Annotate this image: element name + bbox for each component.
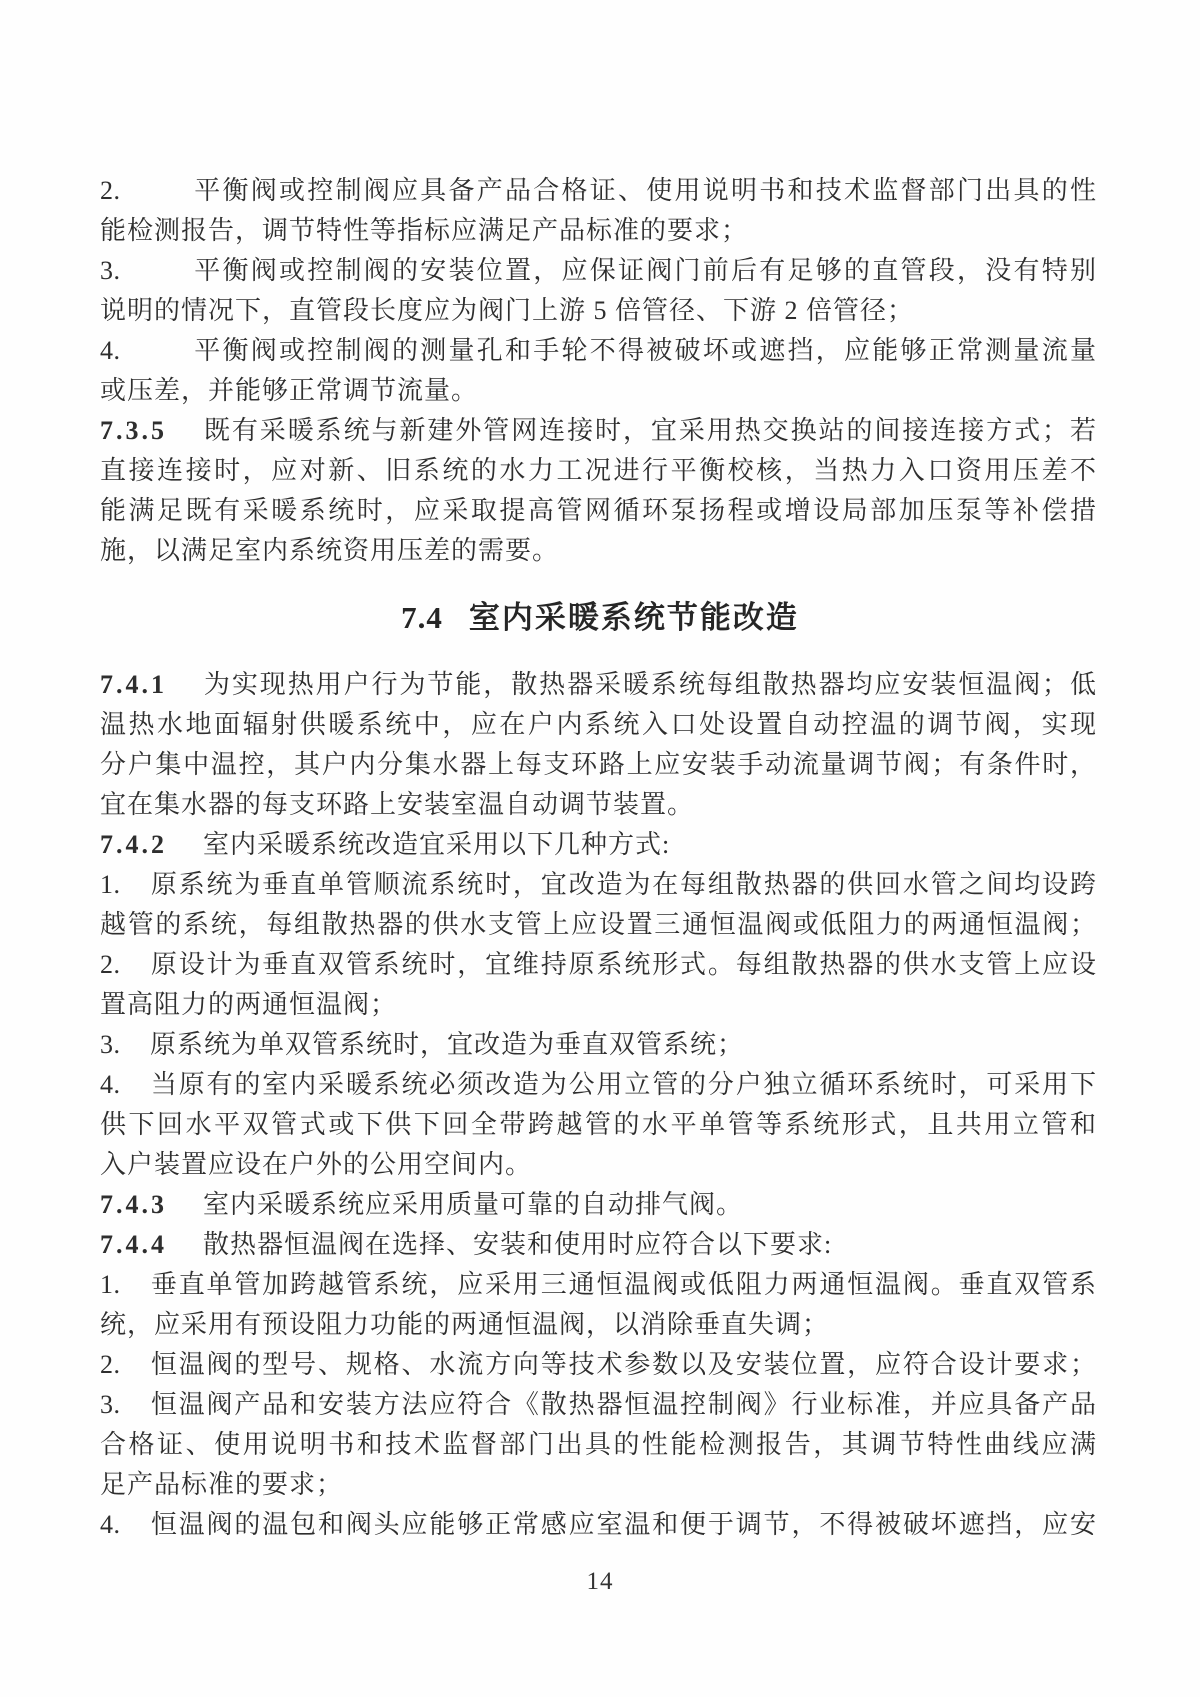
line-text: 恒温阀的型号、规格、水流方向等技术参数以及安装位置，应符合设计要求； [150,1350,1097,1379]
line-text: 置高阻力的两通恒温阀； [100,990,397,1019]
line-text: 能满足既有采暖系统时，应采取提高管网循环泵扬程或增设局部加压泵等补偿措 [100,496,1097,525]
list-number: 4. [100,1505,150,1545]
text-line: 统，应采用有预设阻力功能的两通恒温阀，以消除垂直失调； [100,1305,1097,1345]
section-heading: 7.4室内采暖系统节能改造 [0,596,1200,640]
list-number: 1. [100,1265,150,1305]
line-text: 平衡阀或控制阀的安装位置，应保证阀门前后有足够的直管段，没有特别 [193,256,1097,285]
line-text: 越管的系统，每组散热器的供水支管上应设置三通恒温阀或低阻力的两通恒温阀； [100,910,1097,939]
clause-number: 7.3.5 [100,411,203,451]
text-line: 直接连接时，应对新、旧系统的水力工况进行平衡校核，当热力入口资用压差不 [100,451,1097,491]
line-text: 原设计为垂直双管系统时，宜维持原系统形式。每组散热器的供水支管上应设 [150,950,1097,979]
text-line: 1.原系统为垂直单管顺流系统时，宜改造为在每组散热器的供回水管之间均设跨 [100,865,1097,905]
line-text: 入户装置应设在户外的公用空间内。 [100,1150,532,1179]
page-number: 14 [0,1566,1200,1598]
text-line: 7.4.1为实现热用户行为节能，散热器采暖系统每组散热器均应安装恒温阀；低 [100,665,1097,705]
text-line: 说明的情况下，直管段长度应为阀门上游 5 倍管径、下游 2 倍管径； [100,291,1097,331]
text-line: 3.平衡阀或控制阀的安装位置，应保证阀门前后有足够的直管段，没有特别 [100,251,1097,291]
line-text: 垂直单管加跨越管系统，应采用三通恒温阀或低阻力两通恒温阀。垂直双管系 [150,1270,1097,1299]
text-line: 4.平衡阀或控制阀的测量孔和手轮不得被破坏或遮挡，应能够正常测量流量 [100,331,1097,371]
text-line: 7.4.3室内采暖系统应采用质量可靠的自动排气阀。 [100,1185,1097,1225]
list-number: 4. [100,1065,150,1105]
line-text: 温热水地面辐射供暖系统中，应在户内系统入口处设置自动控温的调节阀，实现 [100,710,1097,739]
line-text: 恒温阀产品和安装方法应符合《散热器恒温控制阀》行业标准，并应具备产品 [150,1390,1097,1419]
text-line: 越管的系统，每组散热器的供水支管上应设置三通恒温阀或低阻力的两通恒温阀； [100,905,1097,945]
list-number: 3. [100,1385,150,1425]
line-text: 合格证、使用说明书和技术监督部门出具的性能检测报告，其调节特性曲线应满 [100,1430,1097,1459]
text-line: 温热水地面辐射供暖系统中，应在户内系统入口处设置自动控温的调节阀，实现 [100,705,1097,745]
line-text: 既有采暖系统与新建外管网连接时，宜采用热交换站的间接连接方式；若 [203,416,1097,445]
line-text: 当原有的室内采暖系统必须改造为公用立管的分户独立循环系统时，可采用下 [150,1070,1097,1099]
text-line: 施，以满足室内系统资用压差的需要。 [100,531,1097,571]
line-text: 或压差，并能够正常调节流量。 [100,376,478,405]
list-number: 3. [100,251,193,291]
line-text: 室内采暖系统改造宜采用以下几种方式: [203,830,670,859]
text-line: 合格证、使用说明书和技术监督部门出具的性能检测报告，其调节特性曲线应满 [100,1425,1097,1465]
text-line: 7.3.5既有采暖系统与新建外管网连接时，宜采用热交换站的间接连接方式；若 [100,411,1097,451]
clause-number: 7.4.2 [100,825,203,865]
list-number: 2. [100,945,150,985]
list-number: 2. [100,171,193,211]
text-line: 7.4.2室内采暖系统改造宜采用以下几种方式: [100,825,1097,865]
text-line: 能满足既有采暖系统时，应采取提高管网循环泵扬程或增设局部加压泵等补偿措 [100,491,1097,531]
clause-number: 7.4.3 [100,1185,203,1225]
document-page: 2.平衡阀或控制阀应具备产品合格证、使用说明书和技术监督部门出具的性 能检测报告… [0,0,1200,1697]
line-text: 施，以满足室内系统资用压差的需要。 [100,536,559,565]
line-text: 分户集中温控，其户内分集水器上每支环路上应安装手动流量调节阀；有条件时， [100,750,1097,779]
text-line: 分户集中温控，其户内分集水器上每支环路上应安装手动流量调节阀；有条件时， [100,745,1097,785]
clause-number: 7.4.1 [100,665,203,705]
text-line: 3.恒温阀产品和安装方法应符合《散热器恒温控制阀》行业标准，并应具备产品 [100,1385,1097,1425]
line-text: 足产品标准的要求； [100,1470,343,1499]
text-line: 4.恒温阀的温包和阀头应能够正常感应室温和便于调节，不得被破坏遮挡，应安 [100,1505,1097,1545]
text-line: 2.恒温阀的型号、规格、水流方向等技术参数以及安装位置，应符合设计要求； [100,1345,1097,1385]
line-text: 平衡阀或控制阀应具备产品合格证、使用说明书和技术监督部门出具的性 [193,176,1097,205]
section-heading-title: 室内采暖系统节能改造 [469,600,799,635]
line-text: 散热器恒温阀在选择、安装和使用时应符合以下要求: [203,1230,832,1259]
text-line: 能检测报告，调节特性等指标应满足产品标准的要求； [100,211,1097,251]
text-line: 2.原设计为垂直双管系统时，宜维持原系统形式。每组散热器的供水支管上应设 [100,945,1097,985]
line-text: 统，应采用有预设阻力功能的两通恒温阀，以消除垂直失调； [100,1310,829,1339]
line-text: 原系统为垂直单管顺流系统时，宜改造为在每组散热器的供回水管之间均设跨 [150,870,1097,899]
clause-number: 7.4.4 [100,1225,203,1265]
line-text: 宜在集水器的每支环路上安装室温自动调节装置。 [100,790,694,819]
line-text: 室内采暖系统应采用质量可靠的自动排气阀。 [203,1190,743,1219]
list-number: 3. [100,1025,150,1065]
text-line: 或压差，并能够正常调节流量。 [100,371,1097,411]
section-7-4-text-block: 7.4.1为实现热用户行为节能，散热器采暖系统每组散热器均应安装恒温阀；低 温热… [100,665,1097,1545]
text-line: 7.4.4散热器恒温阀在选择、安装和使用时应符合以下要求: [100,1225,1097,1265]
text-line: 入户装置应设在户外的公用空间内。 [100,1145,1097,1185]
line-text: 平衡阀或控制阀的测量孔和手轮不得被破坏或遮挡，应能够正常测量流量 [193,336,1097,365]
text-line: 2.平衡阀或控制阀应具备产品合格证、使用说明书和技术监督部门出具的性 [100,171,1097,211]
section-7-3-text-block: 2.平衡阀或控制阀应具备产品合格证、使用说明书和技术监督部门出具的性 能检测报告… [100,171,1097,571]
section-heading-number: 7.4 [401,600,443,635]
text-line: 足产品标准的要求； [100,1465,1097,1505]
line-text: 原系统为单双管系统时，宜改造为垂直双管系统； [150,1030,744,1059]
list-number: 4. [100,331,193,371]
line-text: 恒温阀的温包和阀头应能够正常感应室温和便于调节，不得被破坏遮挡，应安 [150,1510,1097,1539]
text-line: 宜在集水器的每支环路上安装室温自动调节装置。 [100,785,1097,825]
line-text: 供下回水平双管式或下供下回全带跨越管的水平单管等系统形式，且共用立管和 [100,1110,1097,1139]
text-line: 3.原系统为单双管系统时，宜改造为垂直双管系统； [100,1025,1097,1065]
line-text: 直接连接时，应对新、旧系统的水力工况进行平衡校核，当热力入口资用压差不 [100,456,1097,485]
line-text: 说明的情况下，直管段长度应为阀门上游 5 倍管径、下游 2 倍管径； [100,296,914,325]
text-line: 1.垂直单管加跨越管系统，应采用三通恒温阀或低阻力两通恒温阀。垂直双管系 [100,1265,1097,1305]
text-line: 供下回水平双管式或下供下回全带跨越管的水平单管等系统形式，且共用立管和 [100,1105,1097,1145]
text-line: 4.当原有的室内采暖系统必须改造为公用立管的分户独立循环系统时，可采用下 [100,1065,1097,1105]
text-line: 置高阻力的两通恒温阀； [100,985,1097,1025]
line-text: 能检测报告，调节特性等指标应满足产品标准的要求； [100,216,748,245]
list-number: 1. [100,865,150,905]
list-number: 2. [100,1345,150,1385]
line-text: 为实现热用户行为节能，散热器采暖系统每组散热器均应安装恒温阀；低 [203,670,1097,699]
